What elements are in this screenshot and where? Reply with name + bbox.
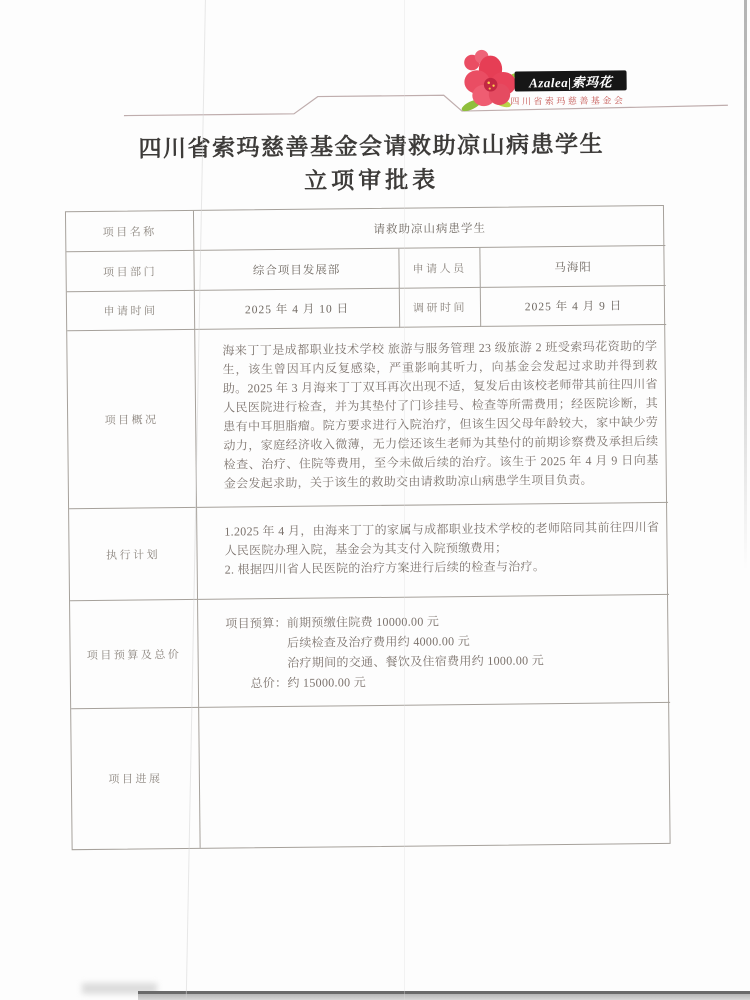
field-value-apply-date: 2025 年 4 月 10 日 <box>195 289 400 330</box>
field-label-apply-date: 申请时间 <box>67 291 195 331</box>
field-label-applicant: 申请人员 <box>399 248 480 289</box>
field-label-plan: 执行计划 <box>69 508 198 601</box>
field-label-survey-date: 调研时间 <box>400 288 481 328</box>
field-value-applicant: 马海阳 <box>480 246 665 288</box>
field-value-survey-date: 2025 年 4 月 9 日 <box>481 286 666 327</box>
document-title-line2: 立项审批表 <box>0 160 747 202</box>
field-value-plan: 1.2025 年 4 月，由海来丁丁的家属与成都职业技术学校的老师陪同其前往四川… <box>197 503 669 600</box>
field-value-progress <box>199 703 671 848</box>
field-label-progress: 项目进展 <box>71 708 200 849</box>
approval-form-table: 项目名称 请救助凉山病患学生 项目部门 综合项目发展部 申请人员 马海阳 申请时… <box>65 205 671 850</box>
logo-caption: 四川省索玛慈善基金会 <box>498 93 638 107</box>
logo-wordmark: Azalea|索玛花 <box>515 70 627 91</box>
field-label-department: 项目部门 <box>66 251 194 292</box>
field-label-budget: 项目预算及总价 <box>70 600 199 709</box>
field-value-budget: 项目预算：前期预缴住院费 10000.00 元 后续检查及治疗费用约 4000.… <box>198 595 670 708</box>
scan-fold-line-center <box>404 0 405 1000</box>
field-value-department: 综合项目发展部 <box>194 249 399 291</box>
field-label-project-name: 项目名称 <box>66 211 194 252</box>
field-value-project-name: 请救助凉山病患学生 <box>194 206 665 251</box>
field-value-overview: 海来丁丁是成都职业技术学校 旅游与服务管理 23 级旅游 2 班受索玛花资助的学… <box>195 325 668 508</box>
field-label-overview: 项目概况 <box>67 330 197 509</box>
scan-edge-bottom-shadow <box>138 994 750 1000</box>
scanned-page: Azalea|索玛花 四川省索玛慈善基金会 四川省索玛慈善基金会请救助凉山病患学… <box>0 0 750 1000</box>
document-title: 四川省索玛慈善基金会请救助凉山病患学生 立项审批表 <box>0 126 747 202</box>
scan-edge-right <box>744 0 747 570</box>
